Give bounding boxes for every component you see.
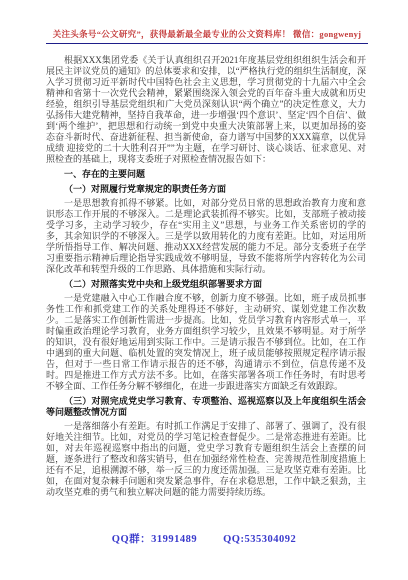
section-heading-implementation: （二）对照落实党中央和上级党组织部署要求方面 [46, 279, 366, 290]
document-page: 关注头条号“公文研究”，获得最新最全最专业的公文资料库！ 微信：gongweny… [0, 0, 408, 580]
paragraph-rectification: 一是落细落小有差距。有时抓工作满足于安排了、部署了、强调了，没有很好地关注细节。… [46, 421, 366, 498]
qq-number: QQ:535304092 [223, 534, 296, 545]
paragraph-duty-tasks: 一是思想教育抓得不够紧。比如，对部分党员日常的思想政治教育力度和意识形态工作开展… [46, 198, 366, 275]
paragraph-implementation: 一是党建融入中心工作融合度不够，创新力度不够强。比如，班子成员抓事务性工作和抓党… [46, 293, 366, 392]
section-heading-rectification: （三）对照完成党史学习教育、专项整治、巡视巡察以及上年度组织生活会等问题整改情况… [46, 396, 366, 418]
qq-group-number: QQ群：31991489 [112, 534, 197, 545]
section-heading-main-problems: 一、存在的主要问题 [46, 169, 366, 180]
paragraph-intro: 根据XXX集团党委《关于认真组织召开2021年度基层党组织组织生活会和开展民主评… [46, 55, 366, 165]
promo-header: 关注头条号“公文研究”，获得最新最全最专业的公文资料库！ 微信：gongweny… [46, 28, 368, 44]
document-body: 根据XXX集团党委《关于认真组织召开2021年度基层党组织组织生活会和开展民主评… [46, 55, 366, 498]
contact-footer: QQ群：31991489QQ:535304092 [0, 531, 408, 546]
section-heading-duty-tasks: （一）对照履行党章规定的职责任务方面 [46, 184, 366, 195]
